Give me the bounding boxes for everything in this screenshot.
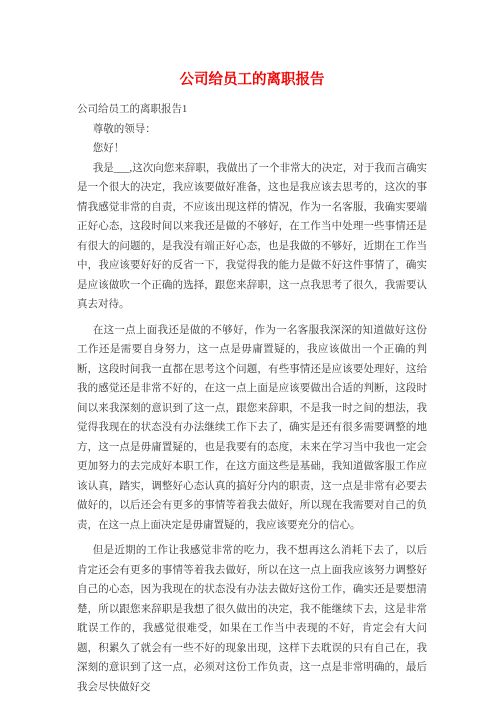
document-subtitle: 公司给员工的离职报告1: [77, 100, 427, 120]
salutation-line: 尊敬的领导：: [77, 120, 427, 140]
document-title: 公司给员工的离职报告: [77, 70, 427, 90]
body-paragraph-1: 我是___,这次向您来辞职，我做出了一个非常大的决定，对于我而言确实是一个很大的…: [77, 159, 427, 315]
greeting-line: 您好！: [77, 139, 427, 159]
body-paragraph-3: 但是近期的工作让我感觉非常的吃力，我不想再这么消耗下去了，以后肯定还会有更多的事…: [77, 541, 427, 697]
document-page: 公司给员工的离职报告 公司给员工的离职报告1 尊敬的领导： 您好！ 我是___,…: [0, 0, 500, 707]
body-paragraph-2: 在这一点上面我还是做的不够好，作为一名客服我深深的知道做好这份工作还是需要自身努…: [77, 321, 427, 536]
